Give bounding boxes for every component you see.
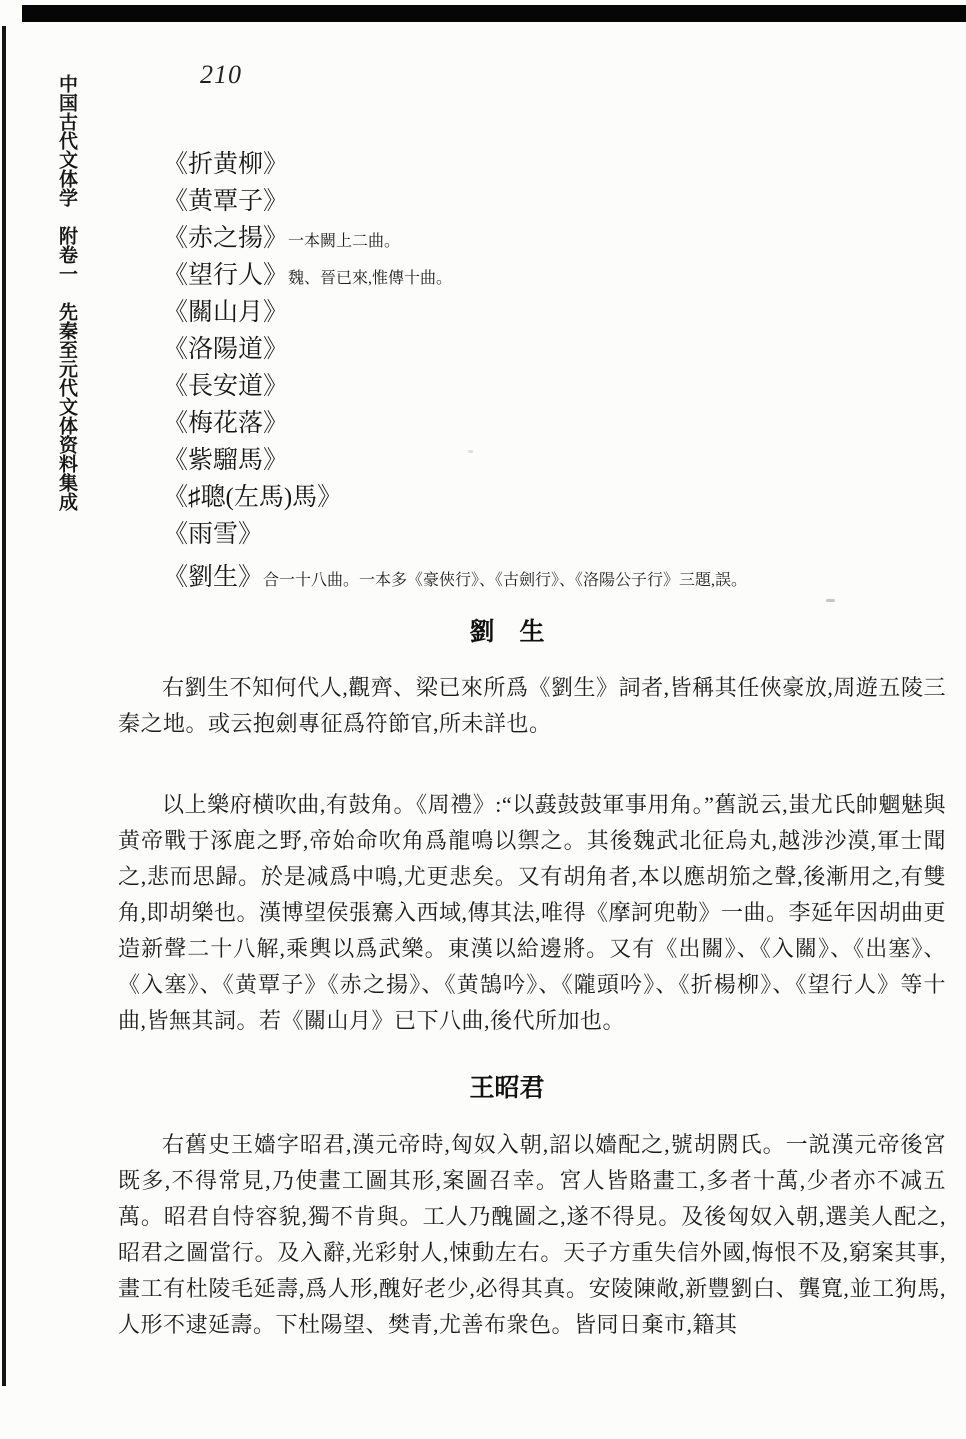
song-title: 《劉生》	[163, 564, 263, 591]
spine-vertical-title: 中国古代文体学 附卷一 先秦至元代文体资料集成	[53, 74, 80, 554]
list-item: 《洛陽道》	[163, 331, 923, 368]
list-item: 《♯聰(左馬)馬》	[163, 479, 923, 516]
song-title: 《雨雪》	[163, 521, 263, 548]
list-item: 《望行人》魏、晉已來,惟傳十曲。	[163, 257, 923, 294]
song-title: 《黄覃子》	[163, 188, 288, 215]
song-title: 《赤之揚》	[163, 225, 288, 252]
list-item: 《雨雪》	[163, 516, 923, 553]
song-note: 一本闕上二曲。	[288, 233, 400, 250]
section-heading-liusheng: 劉 生	[93, 612, 921, 648]
song-note: 合一十八曲。一本多《豪俠行》、《古劍行》、《洛陽公子行》三題,誤。	[263, 572, 747, 589]
song-title: 《長安道》	[163, 373, 288, 400]
paragraph-liusheng: 右劉生不知何代人,觀齊、梁已來所爲《劉生》詞者,皆稱其任俠豪放,周遊五陵三秦之地…	[118, 670, 946, 742]
page-number: 210	[200, 60, 242, 90]
list-item: 《關山月》	[163, 294, 923, 331]
song-title: 《望行人》	[163, 262, 288, 289]
list-item: 《長安道》	[163, 368, 923, 405]
song-title: 《折黄柳》	[163, 151, 288, 178]
list-item: 《梅花落》	[163, 405, 923, 442]
scan-top-edge-bar	[22, 5, 966, 22]
list-item: 《劉生》合一十八曲。一本多《豪俠行》、《古劍行》、《洛陽公子行》三題,誤。	[163, 559, 923, 596]
song-title: 《♯聰(左馬)馬》	[163, 484, 342, 511]
paragraph-hengchuiqu-note: 以上樂府横吹曲,有鼓角。《周禮》:“以鼖鼓鼓軍事用角。”舊説云,蚩尤氏帥魍魅與黄…	[118, 787, 946, 1039]
song-title: 《關山月》	[163, 299, 288, 326]
scan-left-edge-line	[2, 26, 6, 1386]
list-item: 《折黄柳》	[163, 146, 923, 183]
song-note: 魏、晉已來,惟傳十曲。	[288, 270, 452, 287]
list-item: 《黄覃子》	[163, 183, 923, 220]
song-title: 《梅花落》	[163, 410, 288, 437]
list-item: 《紫騮馬》	[163, 442, 923, 479]
paragraph-wangzhaojun: 右舊史王嬙字昭君,漢元帝時,匈奴入朝,詔以嬙配之,號胡閼氏。一説漢元帝後宮既多,…	[118, 1127, 946, 1343]
scan-speck	[826, 599, 835, 602]
song-title: 《洛陽道》	[163, 336, 288, 363]
song-title-list: 《折黄柳》 《黄覃子》 《赤之揚》一本闕上二曲。 《望行人》魏、晉已來,惟傳十曲…	[163, 146, 923, 596]
song-title: 《紫騮馬》	[163, 447, 288, 474]
list-item: 《赤之揚》一本闕上二曲。	[163, 220, 923, 257]
section-heading-wangzhaojun: 王昭君	[93, 1068, 921, 1104]
book-page: 210 中国古代文体学 附卷一 先秦至元代文体资料集成 《折黄柳》 《黄覃子》 …	[0, 0, 966, 1439]
